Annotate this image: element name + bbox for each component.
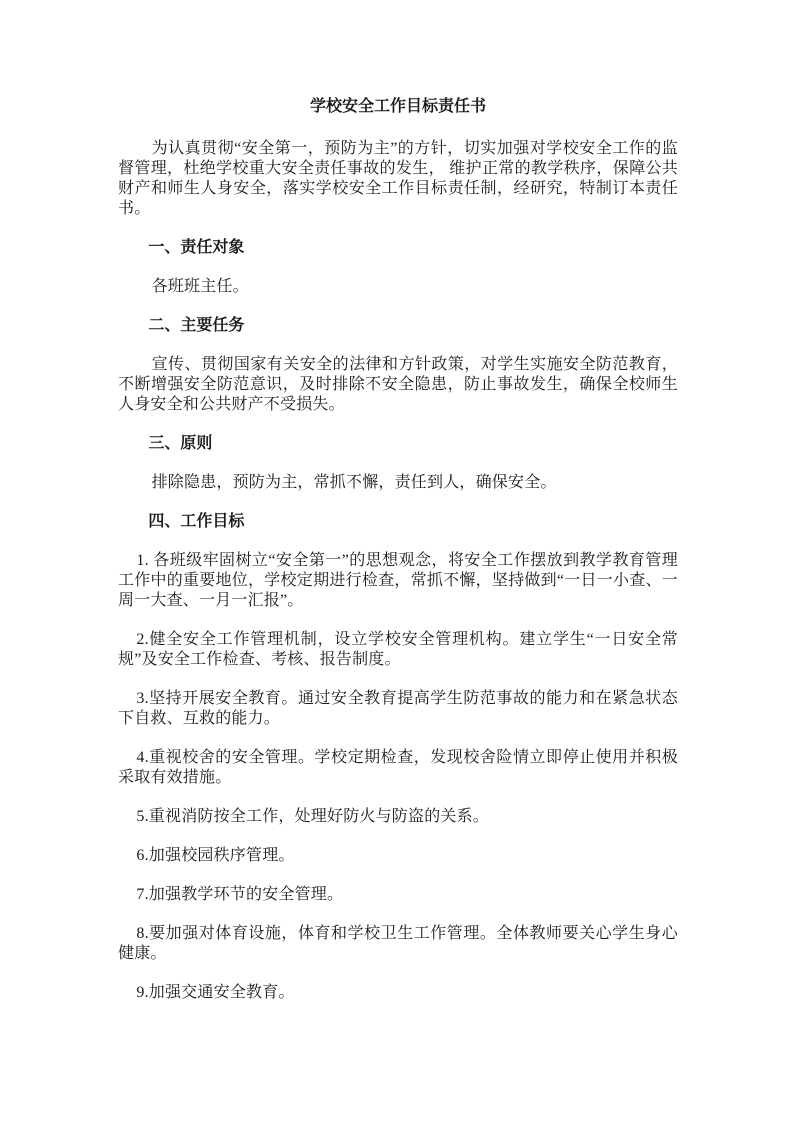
document-title: 学校安全工作目标责任书 <box>118 97 678 117</box>
numbered-item-paragraph: 9.加强交通安全教育。 <box>118 983 678 1003</box>
section-paragraph: 宣传、贯彻国家有关安全的法律和方针政策，对学生实施安全防范教育，不断增强安全防范… <box>118 355 678 415</box>
section-heading: 四、工作目标 <box>118 512 678 532</box>
numbered-item-paragraph: 4.重视校舍的安全管理。学校定期检查，发现校舍险情立即停止使用并积极采取有效措施… <box>118 748 678 788</box>
numbered-item-paragraph: 7.加强教学环节的安全管理。 <box>118 885 678 905</box>
section-heading: 二、主要任务 <box>118 316 678 336</box>
document-content: 学校安全工作目标责任书 为认真贯彻“安全第一，预防为主”的方针，切实加强对学校安… <box>118 97 678 1022</box>
numbered-item-paragraph: 5.重视消防按全工作，处理好防火与防盗的关系。 <box>118 807 678 827</box>
sections-container: 一、责任对象各班班主任。二、主要任务宣传、贯彻国家有关安全的法律和方针政策，对学… <box>118 238 678 1003</box>
section-paragraph: 排除隐患，预防为主，常抓不懈，责任到人，确保安全。 <box>118 473 678 493</box>
section-heading: 三、原则 <box>118 434 678 454</box>
numbered-item-paragraph: 2.健全安全工作管理机制，设立学校安全管理机构。建立学生“一日安全常规”及安全工… <box>118 630 678 670</box>
numbered-item-paragraph: 8.要加强对体育设施，体育和学校卫生工作管理。全体教师要关心学生身心健康。 <box>118 924 678 964</box>
numbered-item-paragraph: 6.加强校园秩序管理。 <box>118 846 678 866</box>
document-page: 学校安全工作目标责任书 为认真贯彻“安全第一，预防为主”的方针，切实加强对学校安… <box>0 0 793 1122</box>
numbered-item-paragraph: 3.坚持开展安全教育。通过安全教育提高学生防范事故的能力和在紧急状态下自救、互救… <box>118 689 678 729</box>
numbered-item-paragraph: 1. 各班级牢固树立“安全第一”的思想观念，将安全工作摆放到教学教育管理工作中的… <box>118 551 678 611</box>
section-heading: 一、责任对象 <box>118 238 678 258</box>
intro-paragraph: 为认真贯彻“安全第一，预防为主”的方针，切实加强对学校安全工作的监督管理，杜绝学… <box>118 139 678 219</box>
section-paragraph: 各班班主任。 <box>118 277 678 297</box>
